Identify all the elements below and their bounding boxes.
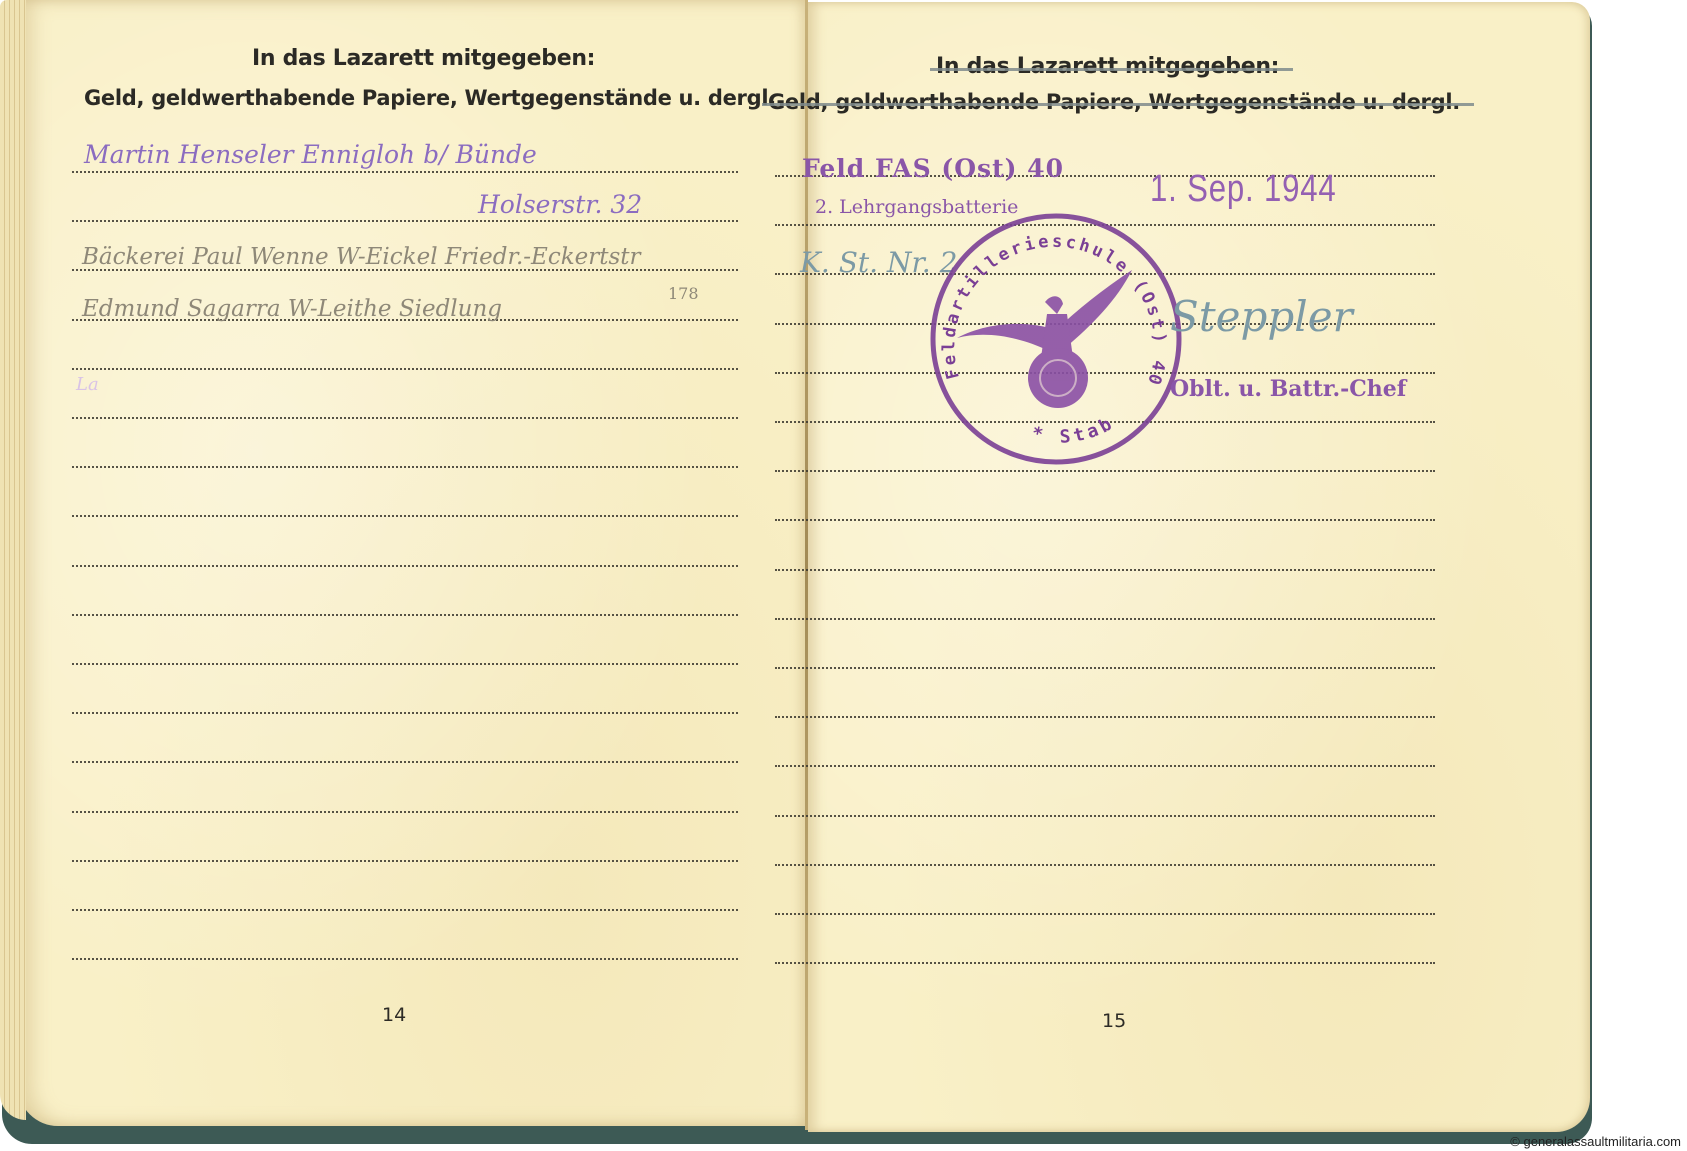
entry-henseler: Martin Henseler Ennigloh b/ Bünde <box>84 140 537 169</box>
ruled-line <box>775 667 1435 669</box>
ruled-line <box>72 958 738 960</box>
unit-stamp-line1: Feld FAS (Ost) 40 <box>802 154 1064 183</box>
ruled-line <box>775 618 1435 620</box>
page-number-left: 14 <box>382 1004 406 1026</box>
ruled-line <box>72 860 738 862</box>
page-stack-edge <box>0 0 26 1120</box>
ruled-line <box>775 913 1435 915</box>
left-heading-subtitle: Geld, geldwerthabende Papiere, Wertgegen… <box>84 86 776 110</box>
ruled-line <box>72 614 738 616</box>
entry-baeckerei: Bäckerei Paul Wenne W-Eickel Friedr.-Eck… <box>82 244 641 270</box>
ruled-line <box>775 569 1435 571</box>
ruled-line <box>775 864 1435 866</box>
page-number-right: 15 <box>1102 1010 1126 1032</box>
left-heading-title: In das Lazarett mitgegeben: <box>252 46 595 71</box>
ruled-line <box>72 712 738 714</box>
ruled-line <box>72 663 738 665</box>
signature-title-stamp: Oblt. u. Battr.-Chef <box>1170 376 1406 402</box>
ruled-line <box>72 417 738 419</box>
ruled-line <box>72 761 738 763</box>
ruled-line <box>775 470 1435 472</box>
ruled-line <box>72 220 738 222</box>
ruled-line <box>72 515 738 517</box>
ruled-line <box>775 815 1435 817</box>
ruled-line <box>72 466 738 468</box>
right-heading-subtitle: Geld, geldwerthabende Papiere, Wertgegen… <box>768 90 1460 114</box>
entry-house-number: 178 <box>668 284 699 303</box>
ruled-line <box>775 765 1435 767</box>
ruled-line <box>72 368 738 370</box>
ruled-line <box>775 519 1435 521</box>
entry-henseler-address: Holserstr. 32 <box>478 190 642 219</box>
entry-sagarra: Edmund Sagarra W-Leithe Siedlung <box>82 296 502 322</box>
ruled-line <box>775 962 1435 964</box>
ruled-line <box>775 716 1435 718</box>
ruled-line <box>72 171 738 173</box>
ruled-line <box>72 565 738 567</box>
date-stamp: 1. Sep. 1944 <box>1150 168 1337 211</box>
right-heading-title: In das Lazarett mitgegeben: <box>936 54 1279 79</box>
signature: Steppler <box>1170 292 1353 341</box>
copyright-watermark: © generalassaultmilitaria.com <box>1510 1134 1681 1149</box>
eagle-seal-stamp-icon: Feldartillerieschule (Ost) 40 * Stab * <box>927 210 1185 468</box>
ruled-line <box>72 909 738 911</box>
ruled-line <box>72 811 738 813</box>
entry-faint-mark: La <box>76 374 99 395</box>
